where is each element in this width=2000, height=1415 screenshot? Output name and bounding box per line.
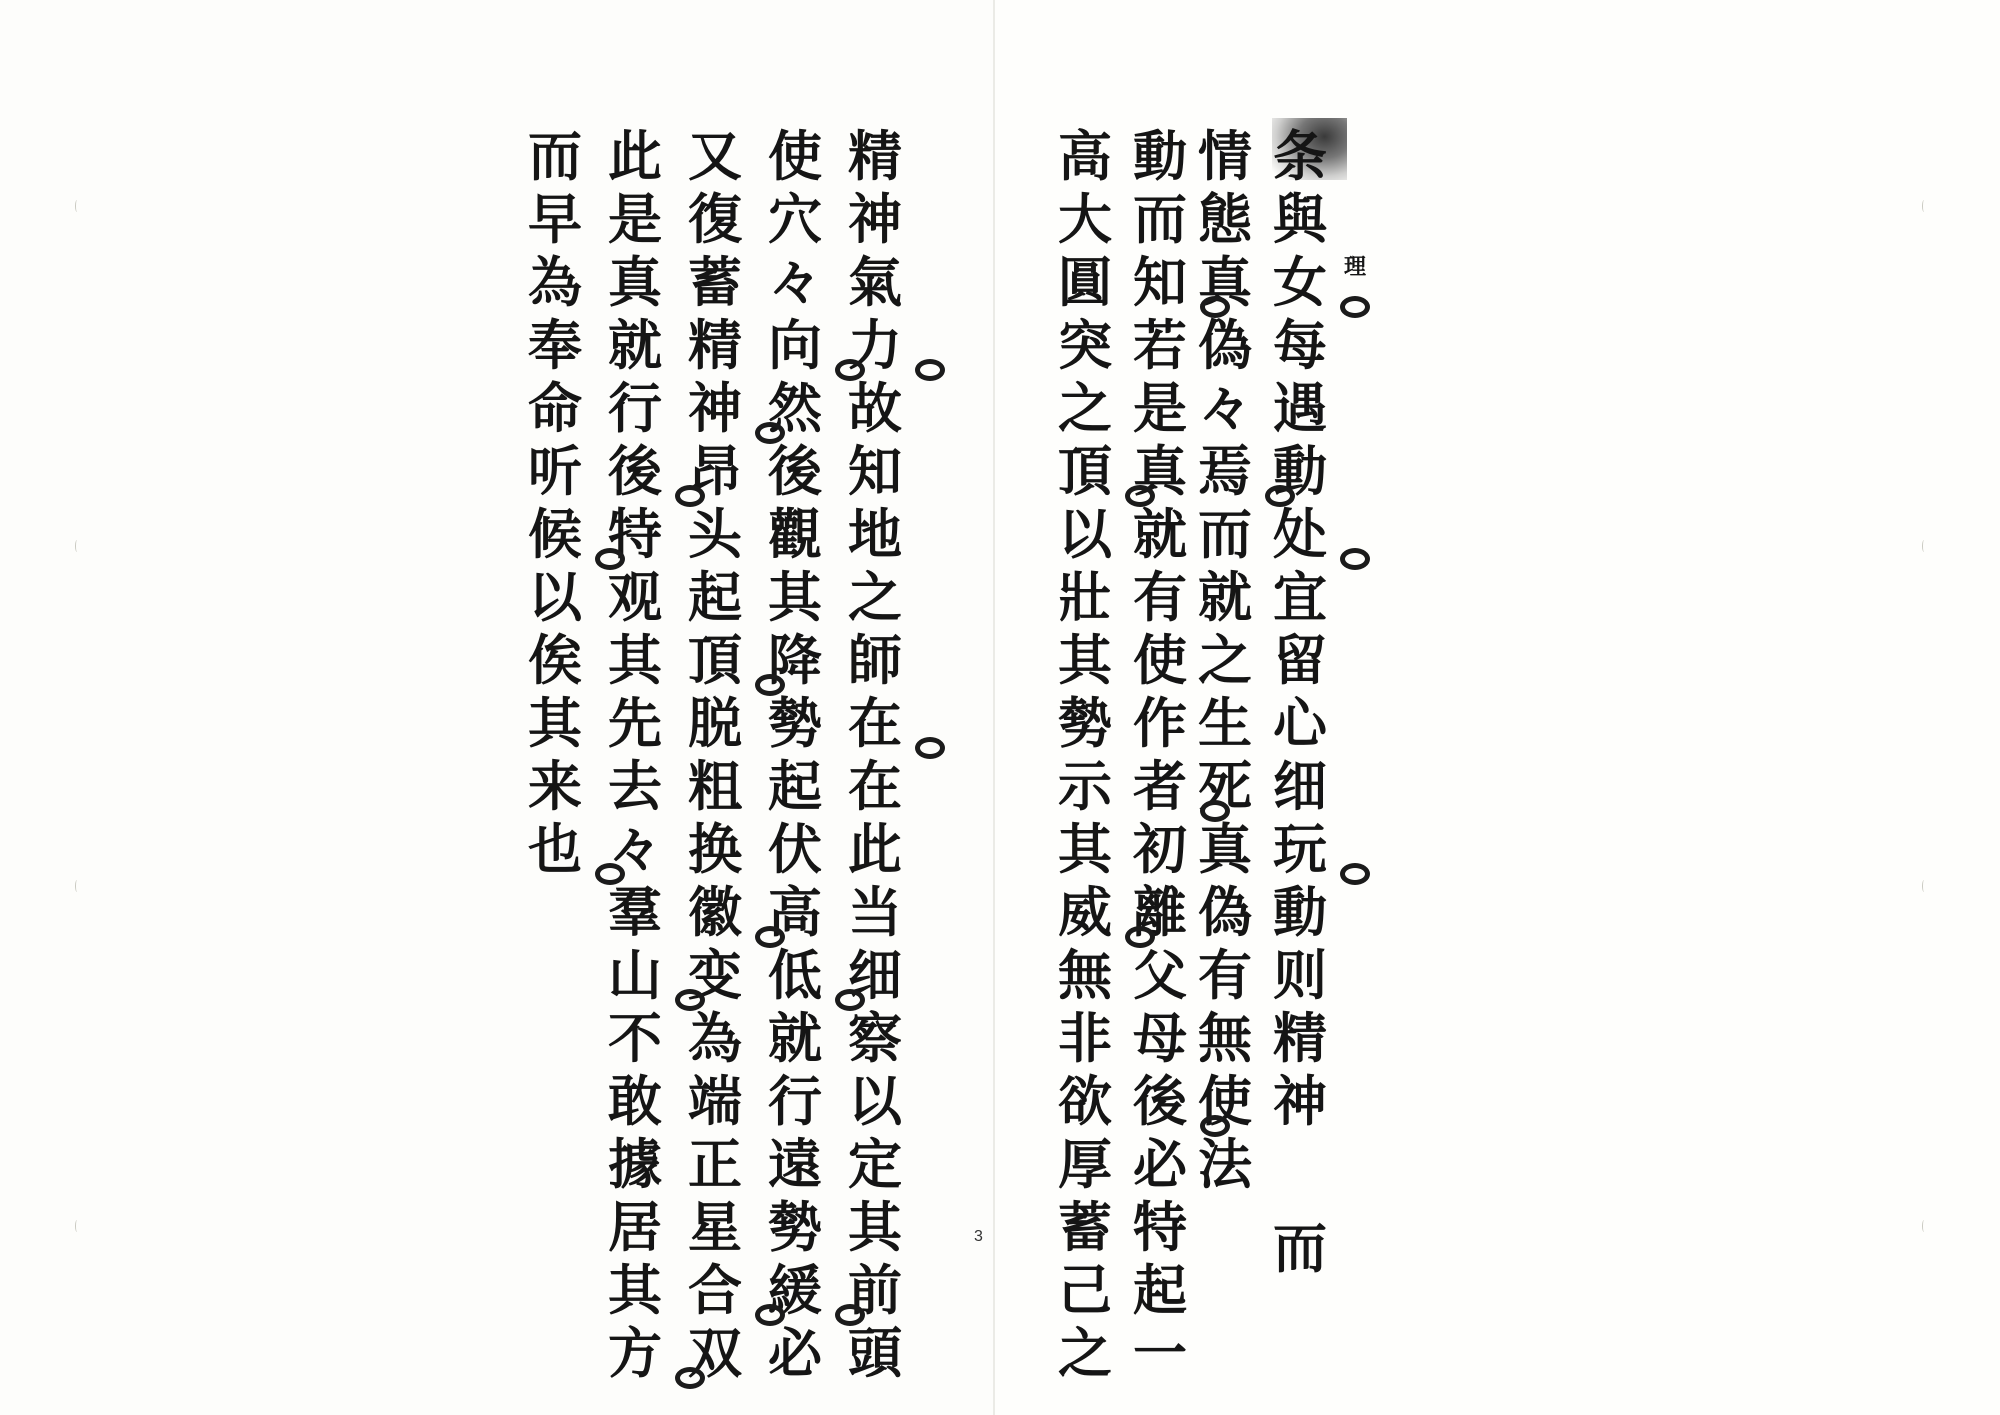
trailing-character: 而	[1264, 1217, 1336, 1280]
manuscript-character: 粗	[679, 755, 751, 818]
manuscript-character: 據	[599, 1133, 671, 1196]
manuscript-character: 听	[519, 440, 591, 503]
manuscript-character: 父	[1124, 944, 1196, 1007]
manuscript-character: 方	[599, 1322, 671, 1385]
punctuation-circle-icon	[755, 422, 785, 444]
manuscript-character: 是	[599, 188, 671, 251]
manuscript-character: 敢	[599, 1070, 671, 1133]
punctuation-circle-icon	[915, 737, 945, 759]
manuscript-character: 早	[519, 188, 591, 251]
manuscript-character: 勢	[759, 1196, 831, 1259]
manuscript-character: 非	[1049, 1007, 1121, 1070]
manuscript-character: 若	[1124, 314, 1196, 377]
punctuation-circle-icon	[835, 1304, 865, 1326]
manuscript-character: 作	[1124, 692, 1196, 755]
manuscript-character: 知	[839, 440, 911, 503]
manuscript-character: 法	[1189, 1133, 1261, 1196]
manuscript-character: 神	[679, 377, 751, 440]
punctuation-circle-icon	[1200, 296, 1230, 318]
manuscript-character: 伏	[759, 818, 831, 881]
manuscript-character: 蓄	[679, 251, 751, 314]
manuscript-character: 態	[1189, 188, 1261, 251]
manuscript-character: 地	[839, 503, 911, 566]
manuscript-character: 换	[679, 818, 751, 881]
punctuation-circle-icon	[1125, 485, 1155, 507]
manuscript-character: 羣	[599, 881, 671, 944]
manuscript-character: 其	[599, 1259, 671, 1322]
manuscript-character: 星	[679, 1196, 751, 1259]
punctuation-circle-icon	[675, 989, 705, 1011]
manuscript-character: 也	[519, 818, 591, 881]
manuscript-character: 脱	[679, 692, 751, 755]
manuscript-character: 特	[1124, 1196, 1196, 1259]
manuscript-character: 突	[1049, 314, 1121, 377]
punctuation-circle-icon	[755, 1304, 785, 1326]
manuscript-character: 者	[1124, 755, 1196, 818]
punctuation-circle-icon	[595, 548, 625, 570]
manuscript-character: 後	[759, 440, 831, 503]
manuscript-character: 定	[839, 1133, 911, 1196]
manuscript-character: 就	[759, 1007, 831, 1070]
manuscript-character: 威	[1049, 881, 1121, 944]
manuscript-character: 穴	[759, 188, 831, 251]
right_page-column-1: 条與理女每遇動处宜留心细玩動则精神而	[1264, 125, 1336, 1133]
manuscript-character: 每	[1264, 314, 1336, 377]
manuscript-character: 神	[839, 188, 911, 251]
manuscript-character: 神	[1264, 1070, 1336, 1133]
manuscript-character: 示	[1049, 755, 1121, 818]
manuscript-character: 候	[519, 503, 591, 566]
punctuation-circle-icon	[675, 485, 705, 507]
manuscript-character: 初	[1124, 818, 1196, 881]
punctuation-circle-icon	[835, 359, 865, 381]
punctuation-circle-icon	[1265, 485, 1295, 507]
manuscript-character: 必	[1124, 1133, 1196, 1196]
left_page-column-5: 而早為奉命听候以俟其来也	[519, 125, 591, 881]
punctuation-circle-icon	[755, 926, 785, 948]
manuscript-character: 其	[519, 692, 591, 755]
manuscript-character: 厚	[1049, 1133, 1121, 1196]
manuscript-character: 以	[1049, 503, 1121, 566]
manuscript-character: 々	[1189, 377, 1261, 440]
manuscript-spread: 条與理女每遇動处宜留心细玩動则精神而情態真偽々焉而就之生死真偽有無使法動而知若是…	[0, 0, 2000, 1415]
manuscript-character: 来	[519, 755, 591, 818]
manuscript-character: 奉	[519, 314, 591, 377]
manuscript-character: 大	[1049, 188, 1121, 251]
manuscript-character: 起	[759, 755, 831, 818]
manuscript-character: 精	[839, 125, 911, 188]
manuscript-character: 真	[599, 251, 671, 314]
manuscript-character: 必	[759, 1322, 831, 1385]
punctuation-circle-icon	[1200, 800, 1230, 822]
manuscript-character: 处	[1264, 503, 1336, 566]
manuscript-character: 圓	[1049, 251, 1121, 314]
manuscript-character: 知	[1124, 251, 1196, 314]
manuscript-character: 头	[679, 503, 751, 566]
manuscript-character: 精	[1264, 1007, 1336, 1070]
manuscript-character: 之	[1049, 377, 1121, 440]
manuscript-character: 使	[1124, 629, 1196, 692]
manuscript-character: 向	[759, 314, 831, 377]
manuscript-character: 而	[519, 125, 591, 188]
manuscript-character: 女	[1264, 251, 1336, 314]
manuscript-character: 情	[1189, 125, 1261, 188]
manuscript-character: 俟	[519, 629, 591, 692]
manuscript-character: 正	[679, 1133, 751, 1196]
manuscript-character: 有	[1124, 566, 1196, 629]
manuscript-character: 山	[599, 944, 671, 1007]
manuscript-character: 母	[1124, 1007, 1196, 1070]
manuscript-character: 以	[519, 566, 591, 629]
manuscript-character: 之	[1049, 1322, 1121, 1385]
manuscript-character: 此	[839, 818, 911, 881]
manuscript-character: 低	[759, 944, 831, 1007]
manuscript-character: 觀	[759, 503, 831, 566]
punctuation-circle-icon	[595, 863, 625, 885]
manuscript-character: 一	[1124, 1322, 1196, 1385]
manuscript-character: 之	[1189, 629, 1261, 692]
manuscript-character: 就	[1124, 503, 1196, 566]
manuscript-character: 察	[839, 1007, 911, 1070]
manuscript-character: 之	[839, 566, 911, 629]
manuscript-character: 與理	[1264, 188, 1336, 251]
manuscript-character: 合	[679, 1259, 751, 1322]
manuscript-character: 氣	[839, 251, 911, 314]
manuscript-character: 当	[839, 881, 911, 944]
manuscript-character: 壯	[1049, 566, 1121, 629]
manuscript-character: 真	[1189, 818, 1261, 881]
marginal-note: 理	[1344, 236, 1366, 299]
manuscript-character: 心	[1264, 692, 1336, 755]
manuscript-character: 頂	[679, 629, 751, 692]
left_page-column-2: 使穴々向然後觀其降勢起伏高低就行遠勢緩必	[759, 125, 831, 1385]
manuscript-character: 行	[759, 1070, 831, 1133]
manuscript-character: 勢	[1049, 692, 1121, 755]
punctuation-circle-icon	[835, 989, 865, 1011]
manuscript-character: 無	[1049, 944, 1121, 1007]
page-number: 3	[974, 1228, 983, 1246]
manuscript-character: 復	[679, 188, 751, 251]
manuscript-character: 蓄	[1049, 1196, 1121, 1259]
manuscript-character: 细	[1264, 755, 1336, 818]
manuscript-character: 玩	[1264, 818, 1336, 881]
manuscript-character: 起	[679, 566, 751, 629]
manuscript-character: 偽	[1189, 314, 1261, 377]
manuscript-character: 其	[759, 566, 831, 629]
manuscript-character: 使	[759, 125, 831, 188]
manuscript-character: 己	[1049, 1259, 1121, 1322]
manuscript-character: 徽	[679, 881, 751, 944]
punctuation-circle-icon	[1200, 1115, 1230, 1137]
manuscript-character: 此	[599, 125, 671, 188]
right-edge-binding-marks	[1922, 0, 1932, 1415]
manuscript-character: 留	[1264, 629, 1336, 692]
manuscript-character: 後	[599, 440, 671, 503]
punctuation-circle-icon	[675, 1367, 705, 1389]
manuscript-character: 就	[599, 314, 671, 377]
manuscript-character: 後	[1124, 1070, 1196, 1133]
manuscript-character: 其	[1049, 629, 1121, 692]
manuscript-character: 生	[1189, 692, 1261, 755]
manuscript-character: 其	[599, 629, 671, 692]
manuscript-character: 師	[839, 629, 911, 692]
manuscript-character: 又	[679, 125, 751, 188]
punctuation-circle-icon	[1340, 548, 1370, 570]
punctuation-circle-icon	[1340, 863, 1370, 885]
manuscript-character: 故	[839, 377, 911, 440]
manuscript-character: 宜	[1264, 566, 1336, 629]
manuscript-character: 就	[1189, 566, 1261, 629]
manuscript-character: 而	[1189, 503, 1261, 566]
manuscript-character: 為	[519, 251, 591, 314]
manuscript-character: 其	[1049, 818, 1121, 881]
right_page-column-4: 高大圓突之頂以壯其勢示其威無非欲厚蓄己之	[1049, 125, 1121, 1385]
manuscript-character: 其	[839, 1196, 911, 1259]
manuscript-character: 去	[599, 755, 671, 818]
manuscript-character: 勢	[759, 692, 831, 755]
manuscript-character: 是	[1124, 377, 1196, 440]
right_page-column-2: 情態真偽々焉而就之生死真偽有無使法	[1189, 125, 1261, 1196]
manuscript-character: 々	[759, 251, 831, 314]
manuscript-character: 端	[679, 1070, 751, 1133]
manuscript-character: 以	[839, 1070, 911, 1133]
manuscript-character: 行	[599, 377, 671, 440]
manuscript-character: 高	[1049, 125, 1121, 188]
manuscript-character: 则	[1264, 944, 1336, 1007]
manuscript-character: 起	[1124, 1259, 1196, 1322]
punctuation-circle-icon	[755, 674, 785, 696]
manuscript-character: 精	[679, 314, 751, 377]
manuscript-character: 遇	[1264, 377, 1336, 440]
manuscript-character: 動	[1264, 881, 1336, 944]
manuscript-character: 遠	[759, 1133, 831, 1196]
punctuation-circle-icon	[1125, 926, 1155, 948]
manuscript-character: 為	[679, 1007, 751, 1070]
manuscript-character: 在	[839, 692, 911, 755]
manuscript-character: 頂	[1049, 440, 1121, 503]
manuscript-character: 動	[1124, 125, 1196, 188]
punctuation-circle-icon	[1340, 296, 1370, 318]
manuscript-character: 不	[599, 1007, 671, 1070]
manuscript-character: 居	[599, 1196, 671, 1259]
right_page-column-3: 動而知若是真就有使作者初離父母後必特起一	[1124, 125, 1196, 1385]
manuscript-character: 欲	[1049, 1070, 1121, 1133]
manuscript-character: 而	[1124, 188, 1196, 251]
manuscript-character: 命	[519, 377, 591, 440]
left_page-column-1: 精神氣力故知地之師在在此当细察以定其前頭	[839, 125, 911, 1385]
manuscript-character: 观	[599, 566, 671, 629]
manuscript-character: 無	[1189, 1007, 1261, 1070]
manuscript-character: 先	[599, 692, 671, 755]
manuscript-character: 偽	[1189, 881, 1261, 944]
manuscript-character: 有	[1189, 944, 1261, 1007]
left_page-column-3: 又復蓄精神昂头起頂脱粗换徽变為端正星合双	[679, 125, 751, 1385]
left-edge-binding-marks	[75, 0, 85, 1415]
manuscript-character: 在	[839, 755, 911, 818]
manuscript-character: 条	[1264, 125, 1336, 188]
punctuation-circle-icon	[915, 359, 945, 381]
manuscript-character: 頭	[839, 1322, 911, 1385]
manuscript-character: 焉	[1189, 440, 1261, 503]
left_page-column-4: 此是真就行後特观其先去々羣山不敢據居其方	[599, 125, 671, 1385]
